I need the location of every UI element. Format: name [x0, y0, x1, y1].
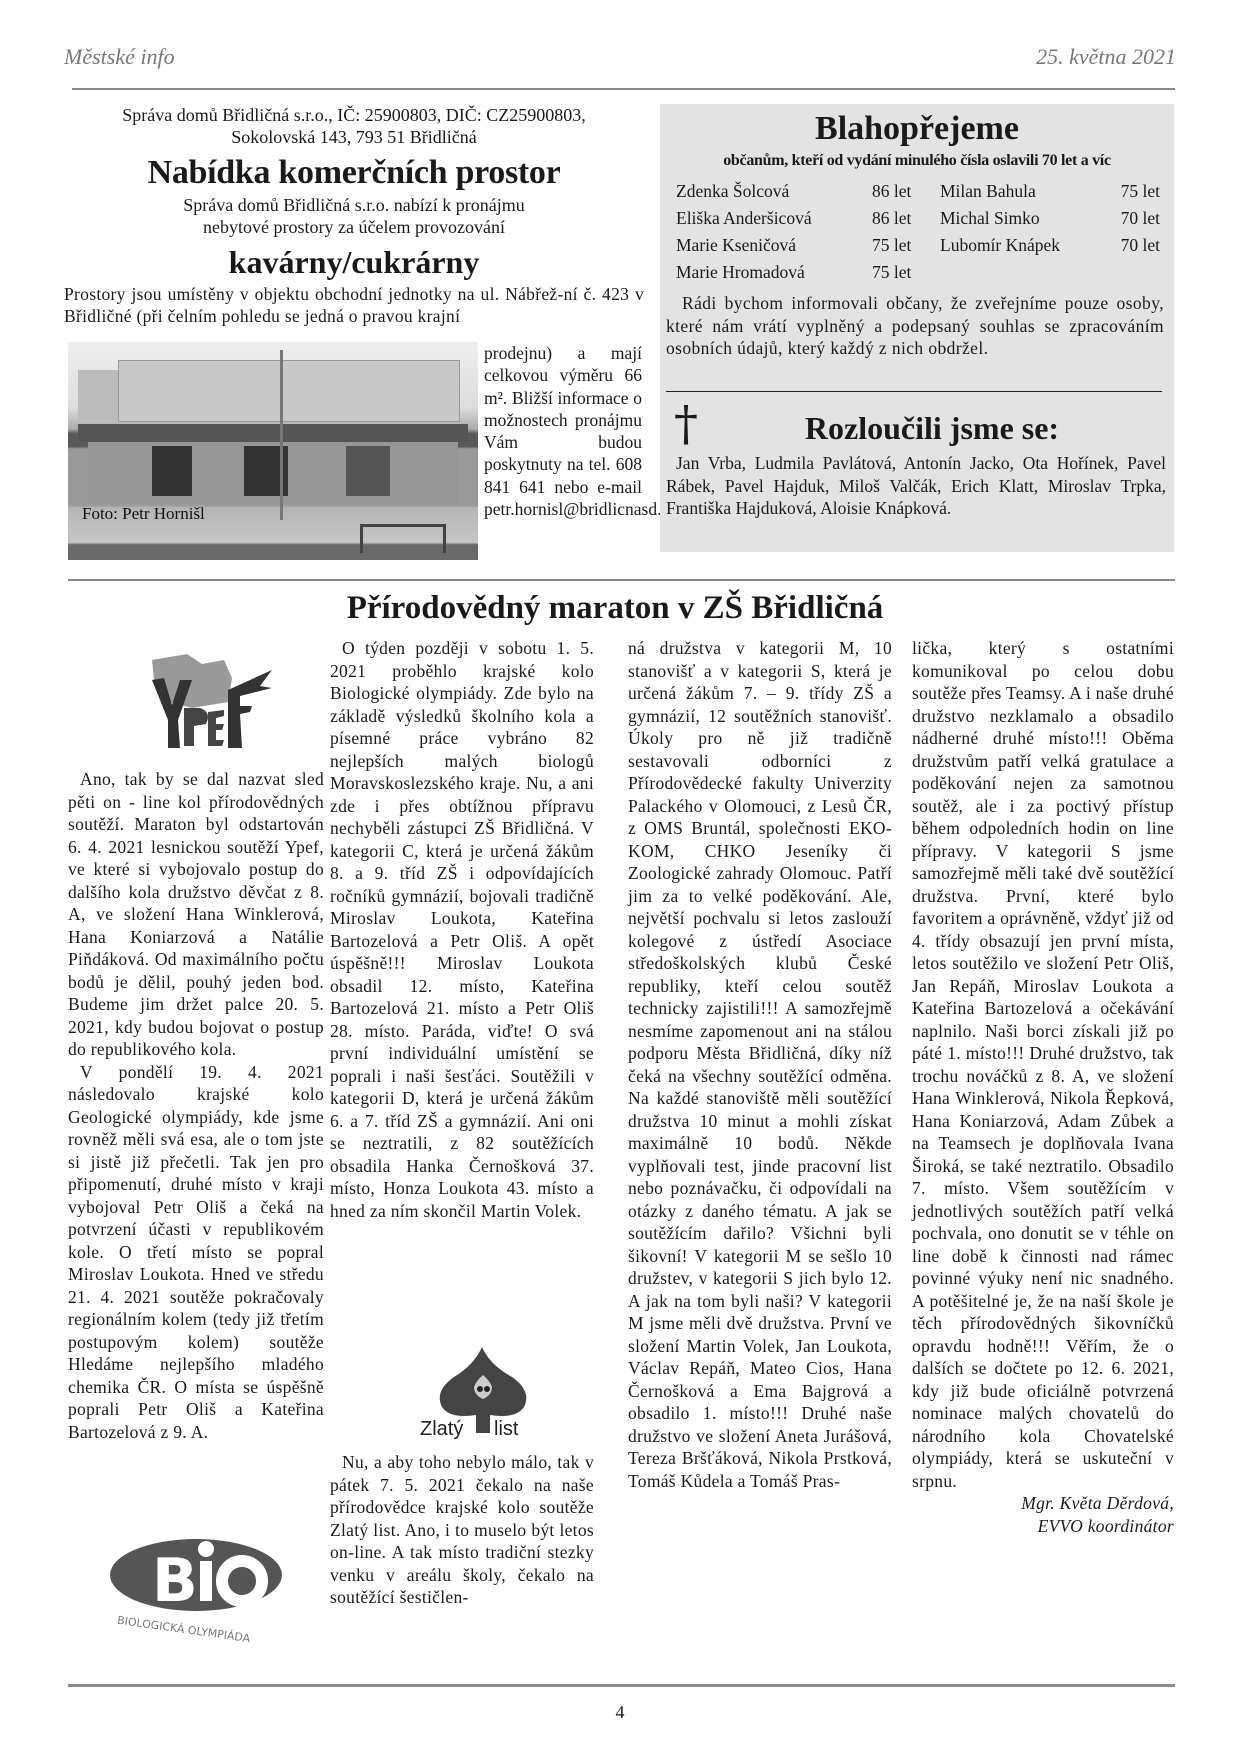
person-name: Lubomír Knápek [922, 232, 1100, 259]
ad-subject: kavárny/cukrárny [64, 244, 644, 281]
person-name: Eliška Anderšicová [676, 205, 872, 232]
article-paragraph: lička, který s ostatními komunikoval po … [912, 637, 1174, 1492]
article-column-3: ná družstva v kategorii M, 10 stanovišť … [628, 637, 892, 1492]
article-paragraph: Ano, tak by se dal nazvat sled pěti on -… [68, 768, 324, 1061]
box-divider [666, 391, 1162, 392]
photo-apartment-block [118, 360, 460, 422]
ad-sub-line-2: nebytové prostory za účelem provozování [64, 216, 644, 238]
birthday-list: Zdenka Šolcová 86 let Milan Bahula 75 le… [676, 178, 1160, 286]
commercial-space-ad: Správa domů Břidličná s.r.o., IČ: 259008… [64, 104, 644, 327]
obituary-title: Rozloučili jsme se: [660, 410, 1174, 447]
ypef-logo [132, 650, 282, 750]
author-role: EVVO koordinátor [912, 1515, 1174, 1538]
article-paragraph: Nu, a aby toho nebylo málo, tak v pátek … [330, 1451, 594, 1609]
article-paragraph: V pondělí 19. 4. 2021 následovalo krajsk… [68, 1061, 324, 1444]
footer-divider [68, 1684, 1175, 1687]
article-column-2-continued: Nu, a aby toho nebylo málo, tak v pátek … [330, 1451, 594, 1609]
author-name: Mgr. Květa Děrdová, [912, 1492, 1174, 1515]
ad-contact-text: prodejnu) a mají celkovou výměru 66 m². … [484, 342, 642, 520]
article-column-2: O týden později v sobotu 1. 5. 2021 prob… [330, 637, 594, 1222]
issue-date: 25. května 2021 [1036, 44, 1176, 70]
zlaty-list-logo: Zlatý list [420, 1345, 540, 1445]
company-line-2: Sokolovská 143, 793 51 Břidličná [64, 126, 644, 148]
page-header: Městské info 25. května 2021 [64, 44, 1176, 80]
person-age: 86 let [872, 178, 922, 205]
photo-shop-roof [78, 424, 468, 442]
person-age: 75 let [1100, 178, 1160, 205]
biologicka-olympiada-logo: B BIOLOGICKÁ OLYMPIÁDA [108, 1535, 288, 1645]
person-age: 70 let [1100, 232, 1160, 259]
svg-text:Zlatý: Zlatý [420, 1418, 463, 1440]
person-age: 75 let [872, 259, 922, 286]
company-line-1: Správa domů Břidličná s.r.o., IČ: 259008… [64, 104, 644, 126]
list-item: Zdenka Šolcová 86 let Milan Bahula 75 le… [676, 178, 1160, 205]
article-paragraph: ná družstva v kategorii M, 10 stanovišť … [628, 637, 892, 1492]
svg-text:B: B [152, 1546, 198, 1616]
article-title: Přírodovědný maraton v ZŠ Břidličná [290, 590, 940, 627]
obituary-names: Jan Vrba, Ludmila Pavlátová, Antonín Jac… [666, 452, 1166, 520]
list-item: Marie Hromadová 75 let [676, 259, 1160, 286]
person-age: 75 let [872, 232, 922, 259]
list-item: Eliška Anderšicová 86 let Michal Simko 7… [676, 205, 1160, 232]
person-name: Zdenka Šolcová [676, 178, 872, 205]
announcements-box: Blahopřejeme občanům, kteří od vydání mi… [660, 104, 1174, 552]
publication-name: Městské info [64, 44, 175, 70]
article-column-4: lička, který s ostatními komunikoval po … [912, 637, 1174, 1537]
article-paragraph: O týden později v sobotu 1. 5. 2021 prob… [330, 637, 594, 1222]
privacy-note: Rádi bychom informovali občany, že zveře… [666, 292, 1164, 360]
page-number: 4 [0, 1702, 1240, 1723]
ad-paragraph: Prostory jsou umístěny v objektu obchodn… [64, 283, 644, 327]
article-column-1: Ano, tak by se dal nazvat sled pěti on -… [68, 768, 324, 1443]
person-age: 86 let [872, 205, 922, 232]
person-name: Milan Bahula [922, 178, 1100, 205]
photo-shop-window [152, 446, 192, 496]
ad-title: Nabídka komerčních prostor [64, 154, 644, 192]
svg-text:list: list [494, 1418, 519, 1440]
list-item: Marie Kseničová 75 let Lubomír Knápek 70… [676, 232, 1160, 259]
photo-bench [360, 524, 446, 553]
congrats-title: Blahopřejeme [660, 110, 1174, 148]
ad-sub-line-1: Správa domů Břidličná s.r.o. nabízí k pr… [64, 194, 644, 216]
photo-shop-window [346, 446, 390, 496]
header-divider [72, 88, 1175, 90]
svg-text:BIOLOGICKÁ OLYMPIÁDA: BIOLOGICKÁ OLYMPIÁDA [116, 1614, 251, 1645]
photo-caption: Foto: Petr Hornišl [82, 504, 205, 524]
shop-building-photo: Foto: Petr Hornišl [68, 342, 478, 560]
photo-lamp-post [280, 350, 283, 520]
section-divider [68, 579, 1175, 581]
person-name: Michal Simko [922, 205, 1100, 232]
person-age: 70 let [1100, 205, 1160, 232]
congrats-tagline: občanům, kteří od vydání minulého čísla … [660, 152, 1174, 170]
person-name: Marie Kseničová [676, 232, 872, 259]
person-name: Marie Hromadová [676, 259, 872, 286]
